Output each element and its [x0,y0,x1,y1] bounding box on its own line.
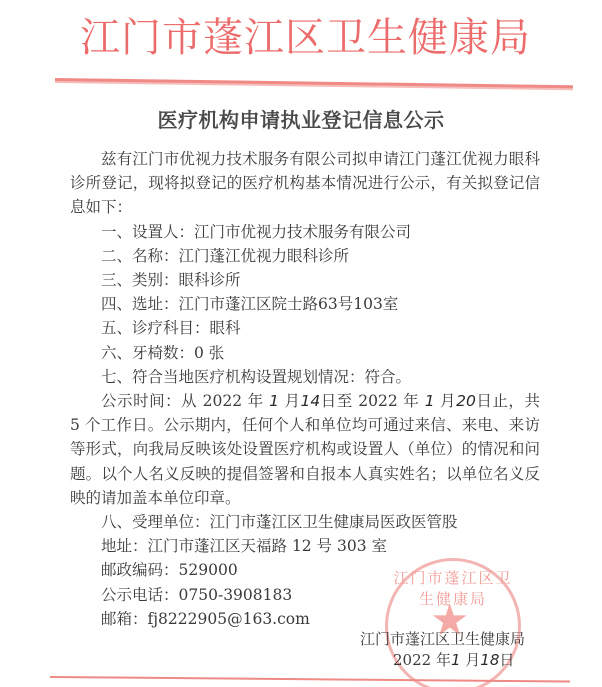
period-middle: 日至 2022 年 [320,392,419,410]
item-label: 三、类别： [101,271,179,289]
item-label: 一、设置人： [101,223,194,241]
address-label: 地址： [101,537,148,555]
item-label: 六、牙椅数： [101,344,194,362]
item-label: 四、选址： [101,295,179,313]
item-label: 五、诊疗科目： [101,319,210,337]
month-word: 月 [284,392,300,410]
intro-paragraph: 兹有江门市优视力技术服务有限公司拟申请江门蓬江优视力眼科诊所登记，现将拟登记的医… [70,147,540,220]
info-item-location: 四、选址：江门市蓬江区院士路63号103室 [70,292,540,316]
start-day-handwritten: 14 [300,392,320,410]
item-value: 眼科诊所 [179,271,241,289]
item-value: 符合。 [365,368,412,386]
info-item-name: 二、名称：江门蓬江优视力眼科诊所 [70,244,540,268]
item-value: 江门蓬江优视力眼科诊所 [179,247,350,265]
office-value: 江门市蓬江区卫生健康局医政医管股 [210,513,458,531]
office-label: 八、受理单位： [101,513,210,531]
day-word: 日 [499,651,514,669]
end-month-handwritten: 1 [425,392,435,410]
item-label: 七、符合当地医疗机构设置规划情况： [101,368,365,386]
info-item-subjects: 五、诊疗科目：眼科 [70,316,540,340]
email-label: 邮箱： [101,610,148,628]
phone-label: 公示电话： [101,586,179,604]
info-item-category: 三、类别：眼科诊所 [70,268,540,292]
address-value: 江门市蓬江区天福路 12 号 303 室 [148,537,388,555]
info-item-planning-compliance: 七、符合当地医疗机构设置规划情况：符合。 [70,365,540,389]
start-month-handwritten: 1 [269,392,279,410]
month-word: 月 [440,392,456,410]
postcode-value: 529000 [179,561,238,579]
date-prefix: 2022 年 [393,651,451,669]
item-value: 江门市蓬江区院士路63号103室 [179,295,399,313]
info-item-founder: 一、设置人：江门市优视力技术服务有限公司 [70,220,540,244]
item-value: 江门市优视力技术服务有限公司 [194,223,411,241]
sign-month-handwritten: 1 [451,651,461,669]
letterhead-divider [55,78,573,88]
agency-letterhead: 江门市蓬江区卫生健康局 [80,14,530,62]
info-item-dental-chairs: 六、牙椅数：0 张 [70,341,540,365]
sign-day-handwritten: 18 [480,651,499,669]
phone-value: 0750-3908183 [179,586,293,604]
signature-organization: 江门市蓬江区卫生健康局 [360,628,525,649]
end-day-handwritten: 20 [456,392,476,410]
postcode-label: 邮政编码： [101,561,179,579]
item-label: 二、名称： [101,247,179,265]
contact-office: 八、受理单位：江门市蓬江区卫生健康局医政医管股 [70,510,540,534]
item-value: 眼科 [210,319,241,337]
document-body: 兹有江门市优视力技术服务有限公司拟申请江门蓬江优视力眼科诊所登记，现将拟登记的医… [70,147,540,631]
document-title: 医疗机构申请执业登记信息公示 [0,104,602,133]
notice-period-paragraph: 公示时间：从 2022 年 1 月14日至 2022 年 1 月20日止，共 5… [70,389,540,510]
contact-address: 地址：江门市蓬江区天福路 12 号 303 室 [70,534,540,558]
signature-date: 2022 年1 月18日 [393,649,514,670]
period-prefix: 公示时间：从 2022 年 [101,392,264,410]
item-value: 0 张 [194,344,224,362]
email-value: fj8222905@163.com [148,610,310,628]
month-word: 月 [465,651,480,669]
